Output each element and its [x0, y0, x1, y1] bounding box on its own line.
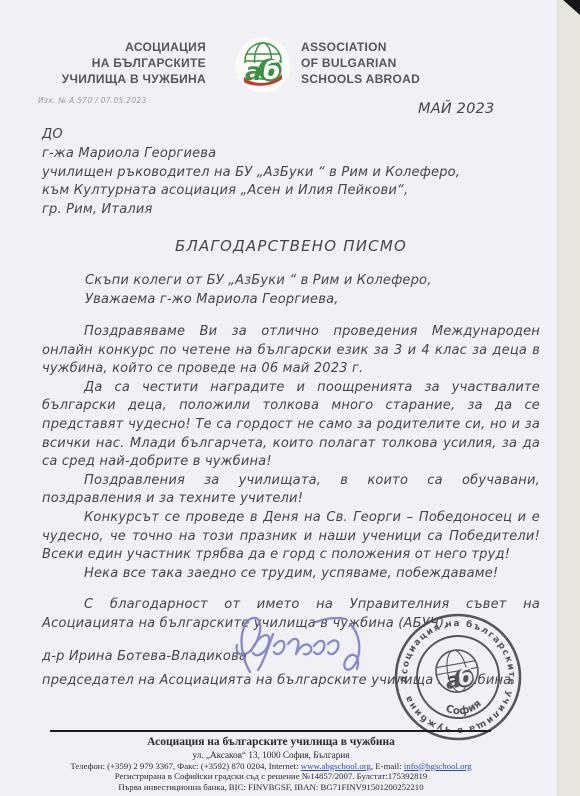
- footer-registration: Регистрирана в Софийски градски съд с ре…: [15, 771, 527, 782]
- footer-divider: [50, 730, 491, 732]
- org-en-line: ASSOCIATION: [301, 39, 471, 55]
- org-bg-line: УЧИЛИЩА В ЧУЖБИНА: [48, 71, 206, 87]
- letter-body: Поздравяваме Ви за отлично проведения Ме…: [42, 323, 540, 634]
- letter-title: БЛАГОДАРСТВЕНО ПИСМО: [42, 237, 540, 255]
- footer-contact-line: Телефон: (+359) 2 979 3367, Факс: (+3592…: [15, 761, 527, 772]
- letter-paragraph: Поздравления за училищата, в които са об…: [42, 472, 540, 509]
- footer-block: Асоциация на българските училища в чужби…: [15, 736, 527, 792]
- org-name-english: ASSOCIATION OF BULGARIAN SCHOOLS ABROAD: [301, 39, 471, 87]
- letter-paragraph: Нека все така заедно се трудим, успяваме…: [42, 565, 540, 584]
- letter-date: МАЙ 2023: [418, 101, 494, 117]
- signer-name: д-р Ирина Ботева-Владикова: [42, 649, 247, 664]
- footer-email-label: , E-mail:: [371, 761, 404, 771]
- recipient-line: гр. Рим, Италия: [42, 201, 460, 220]
- footer-website-link[interactable]: www.abgschool.org: [301, 761, 371, 771]
- logo-letter-a: а: [245, 57, 262, 86]
- footer-phone-fax: Телефон: (+359) 2 979 3367, Факс: (+3592…: [70, 761, 300, 771]
- outgoing-ref-number: Изх. № А 570 / 07.05.2023: [38, 96, 147, 105]
- recipient-line: към Културната асоциация „Асен и Илия Пе…: [42, 182, 460, 201]
- org-en-line: OF BULGARIAN: [301, 55, 471, 71]
- salutation-line: Скъпи колеги от БУ „АзБуки “ в Рим и Кол…: [85, 271, 432, 290]
- recipient-line: ДО: [42, 126, 460, 145]
- footer-org-name: Асоциация на българските училища в чужби…: [15, 736, 527, 750]
- org-bg-line: АСОЦИАЦИЯ: [48, 39, 206, 55]
- scanner-edge: [557, 0, 580, 796]
- recipient-line: училищен ръководител на БУ „АзБуки “ в Р…: [42, 164, 460, 183]
- recipient-line: г-жа Мариола Георгиева: [42, 145, 460, 164]
- letter-paragraph: Конкурсът се проведе в Деня на Св. Георг…: [42, 509, 540, 565]
- logo-letter-b: б: [263, 56, 280, 85]
- abv-globe-logo-icon: а б: [234, 36, 292, 94]
- scanned-letter-page: АСОЦИАЦИЯ НА БЪЛГАРСКИТЕ УЧИЛИЩА В ЧУЖБИ…: [0, 0, 580, 796]
- footer-bank-details: Първа инвестиционна банка, BIC: FINVBGSF…: [15, 782, 527, 793]
- footer-email-link[interactable]: info@bgschool.org: [404, 761, 472, 771]
- official-round-stamp: Асоциация на българските училища в чужби…: [388, 607, 528, 747]
- salutation-line: Уважаема г-жо Мариола Георгиева,: [85, 290, 432, 309]
- org-name-bulgarian: АСОЦИАЦИЯ НА БЪЛГАРСКИТЕ УЧИЛИЩА В ЧУЖБИ…: [48, 39, 206, 87]
- letter-paragraph: Да са честити наградите и поощренията за…: [42, 379, 540, 472]
- recipient-block: ДО г-жа Мариола Георгиева училищен ръков…: [42, 126, 460, 220]
- salutation-block: Скъпи колеги от БУ „АзБуки “ в Рим и Кол…: [85, 271, 432, 309]
- org-bg-line: НА БЪЛГАРСКИТЕ: [48, 55, 206, 71]
- letter-paragraph: Поздравяваме Ви за отлично проведения Ме…: [42, 323, 540, 379]
- footer-address: ул. „Аксаков“ 13, 1000 София, България: [15, 750, 527, 761]
- handwritten-signature: [220, 606, 372, 686]
- org-en-line: SCHOOLS ABROAD: [301, 71, 471, 87]
